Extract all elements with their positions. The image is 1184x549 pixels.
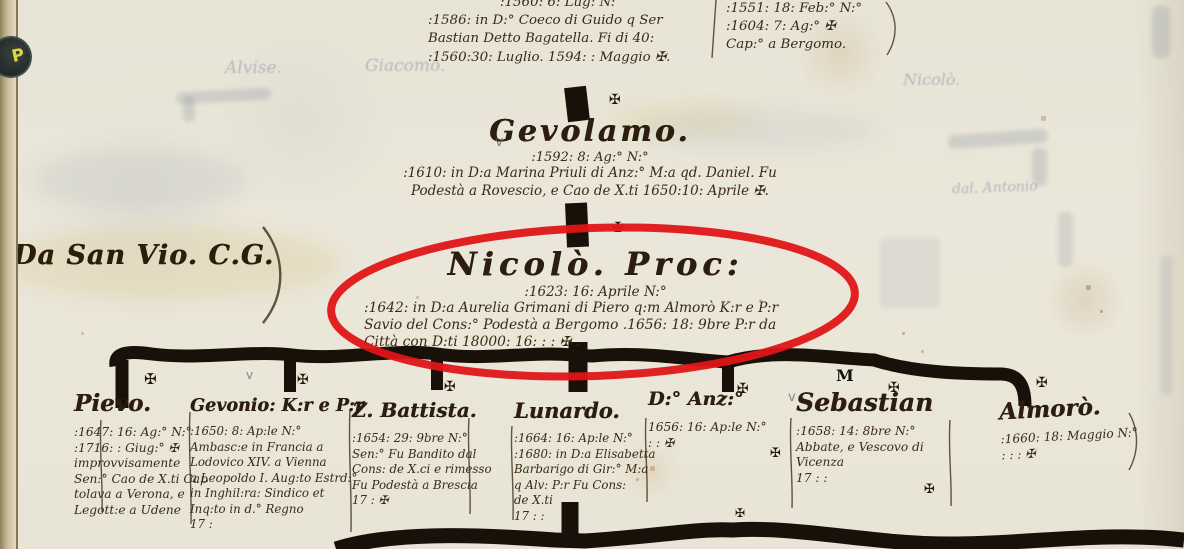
book-gutter	[0, 0, 18, 549]
watermark-letter: P	[10, 45, 26, 67]
highlight-annotation	[0, 0, 1184, 549]
manuscript-page: Alvise. Giacomo. Nicolò. dal. Antonio	[0, 0, 1184, 549]
highlight-ellipse	[329, 219, 858, 385]
